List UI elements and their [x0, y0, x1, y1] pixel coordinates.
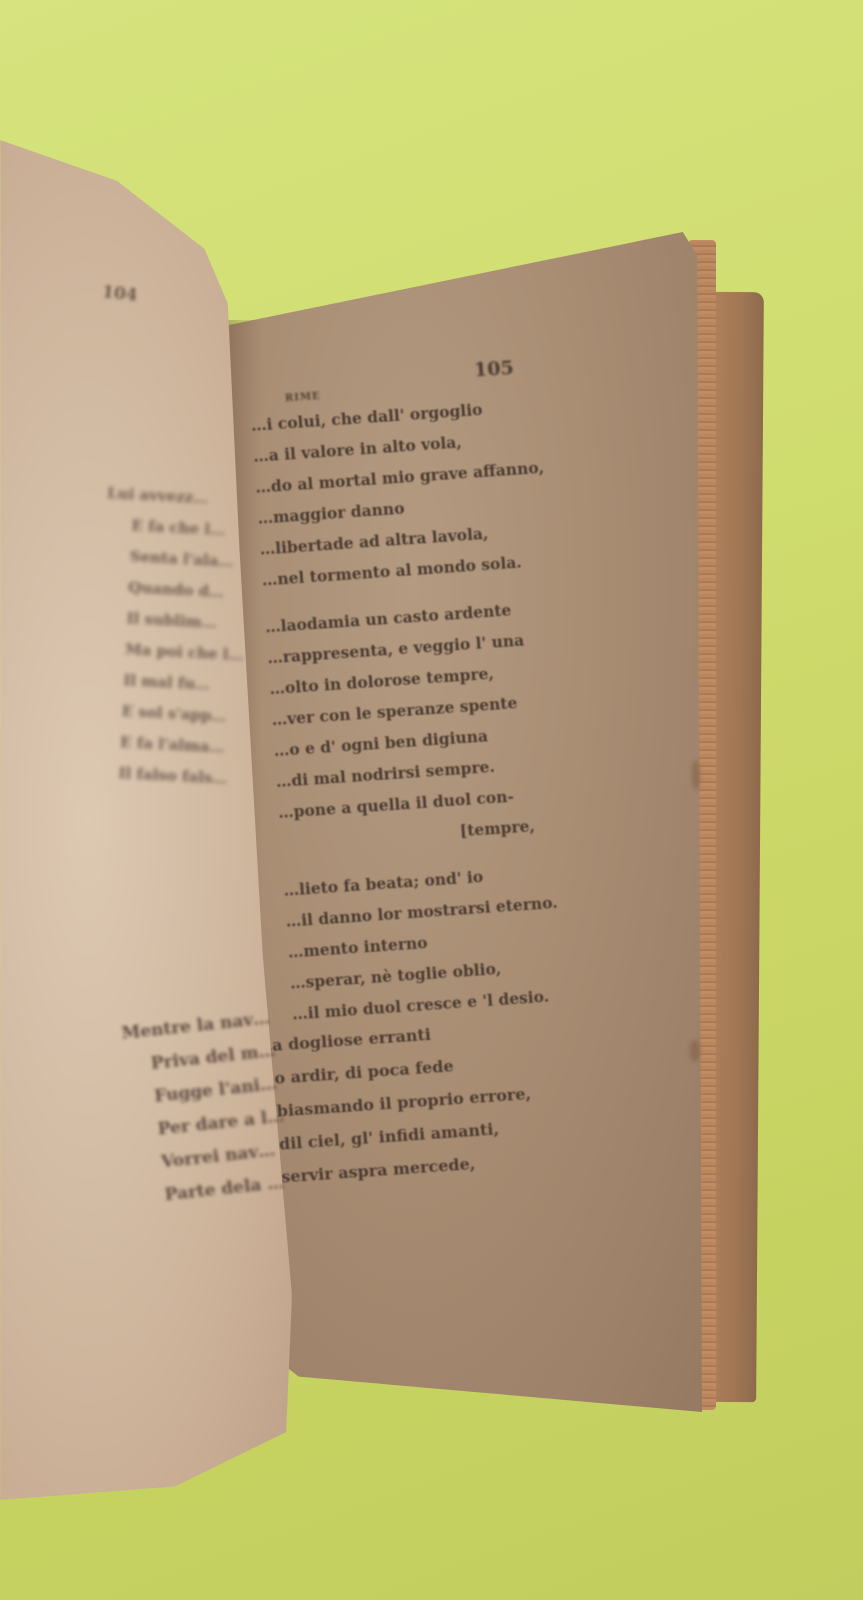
paper-stain [690, 1040, 700, 1062]
left-page-text-bottom: Mentre la nav… Priva del m… Fugge l'ani…… [120, 1002, 293, 1215]
right-page-text-bottom: …a dogliose erranti …o ardir, di poca fe… [255, 1011, 537, 1194]
right-page-text: …i colui, che dall' orgoglio …a il valor… [250, 390, 582, 1030]
left-page-text: Lui avvezz… E fa che l… Senta l'ala… Qua… [92, 478, 252, 795]
right-page-number: 105 [473, 357, 514, 382]
paper-stain [692, 760, 700, 790]
left-page-number: 104 [101, 282, 138, 306]
